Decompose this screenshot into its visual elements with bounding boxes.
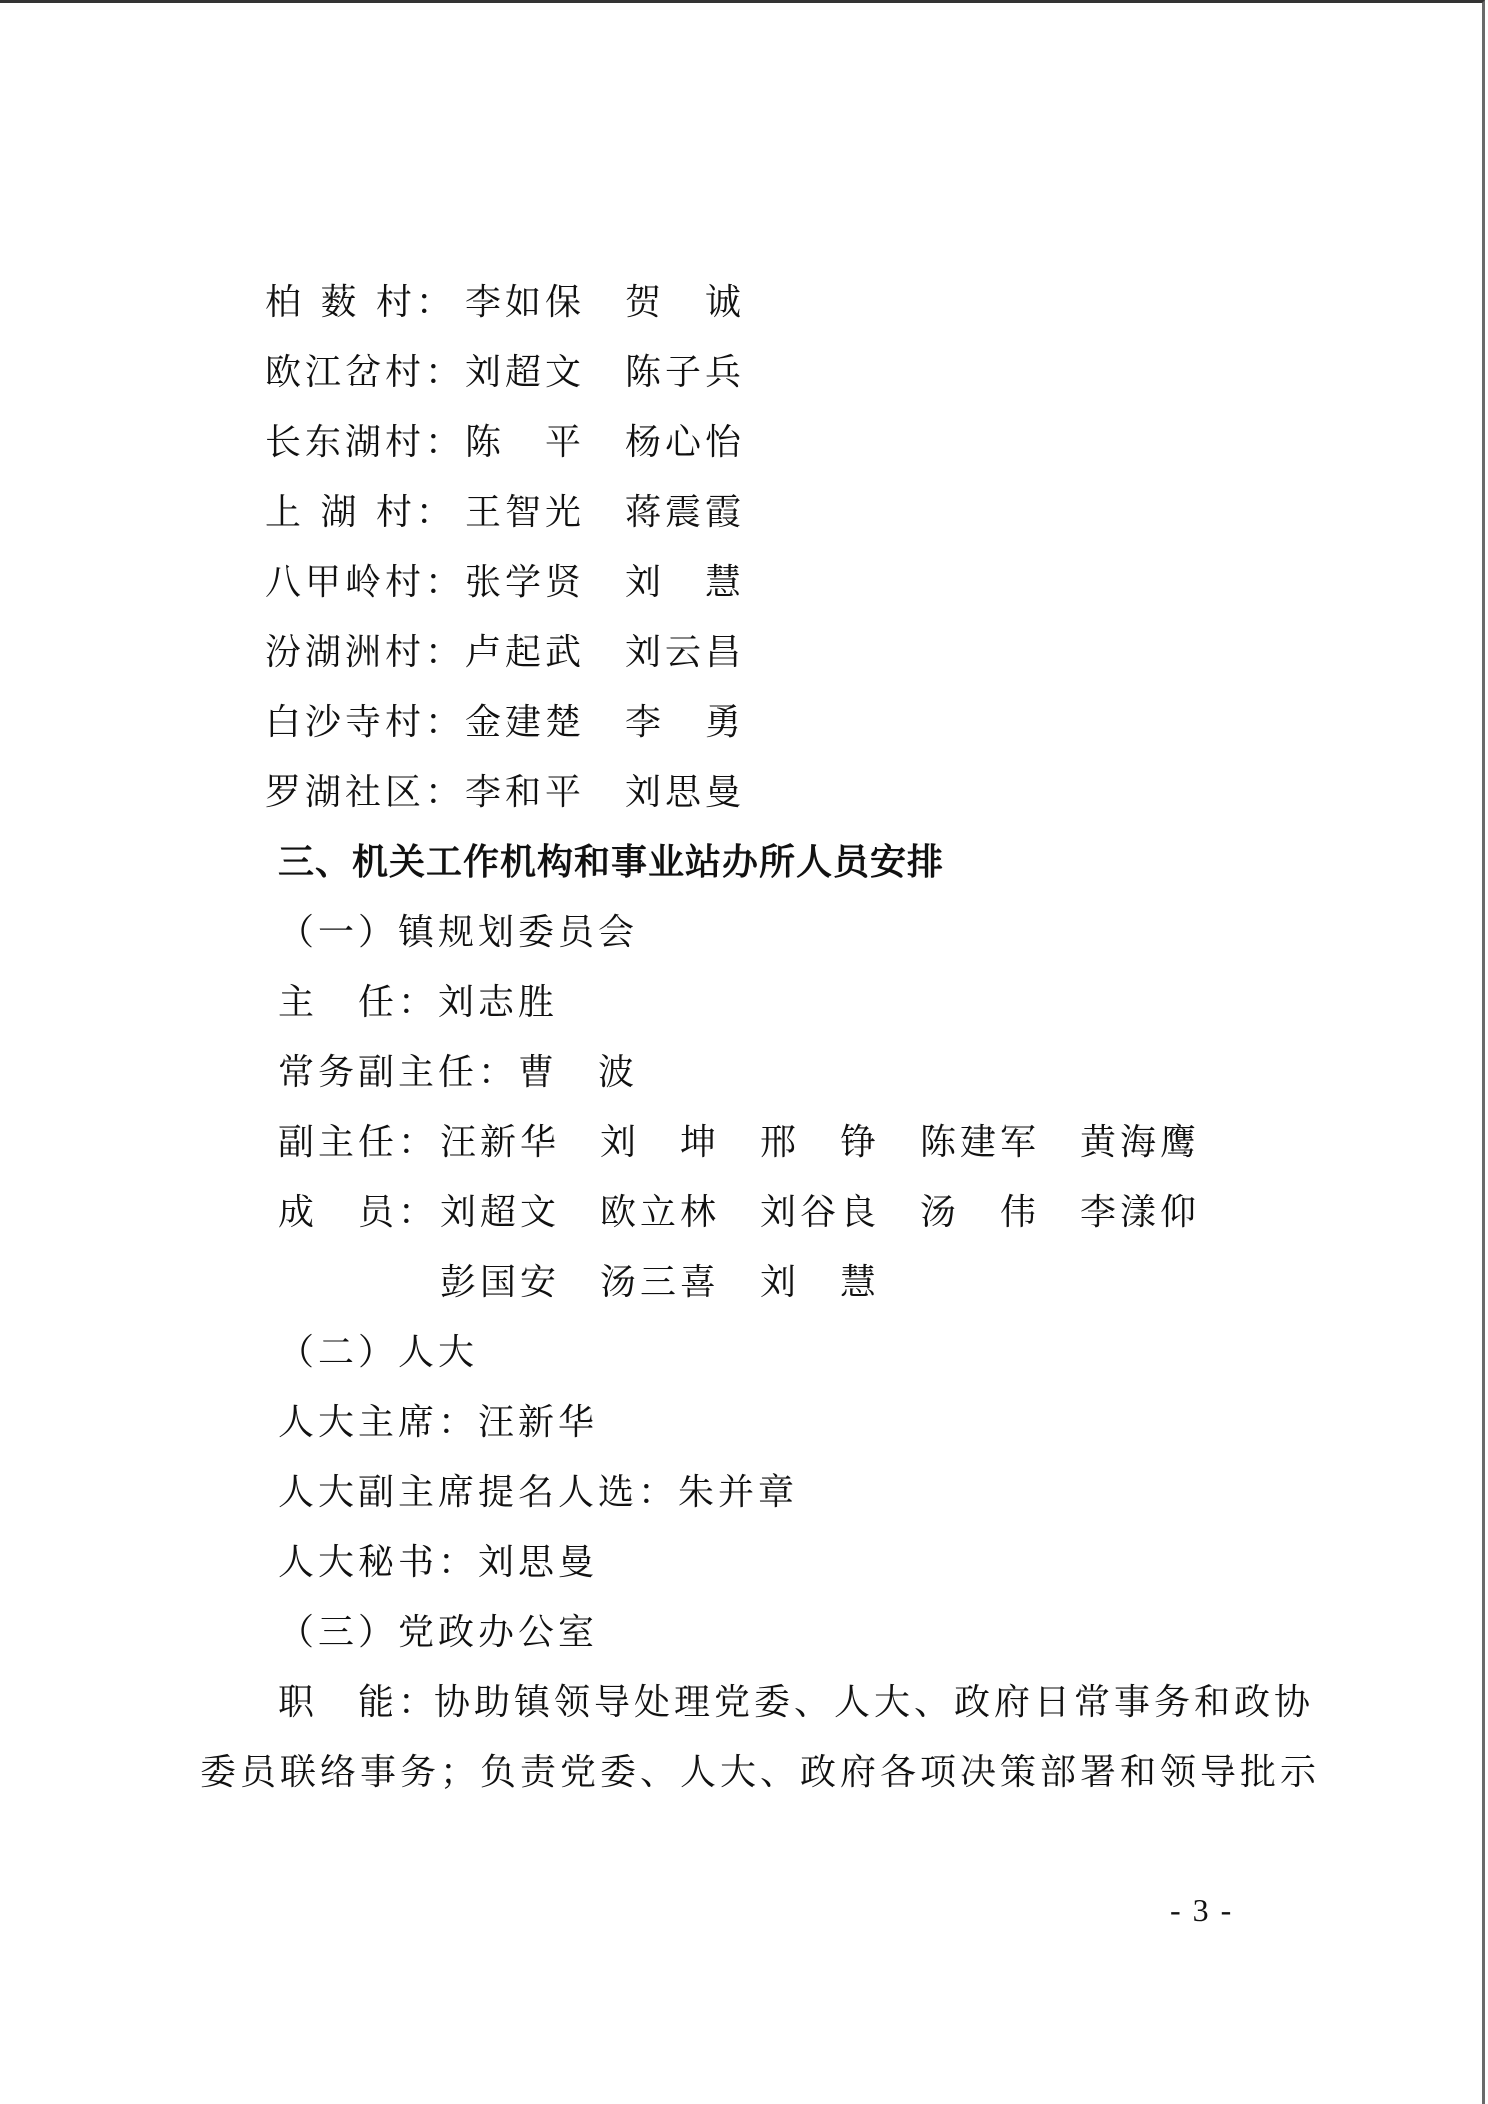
village-person: 金建楚 bbox=[465, 700, 585, 746]
member-name: 汤三喜 bbox=[600, 1260, 720, 1306]
village-person: 李 勇 bbox=[625, 700, 745, 746]
village-name: 白沙寺村： bbox=[265, 700, 465, 746]
npc-vice-chair-label: 人大副主席提名人选： bbox=[278, 1470, 678, 1516]
subsection-title-office: （三）党政办公室 bbox=[278, 1610, 598, 1656]
subsection-title-planning: （一）镇规划委员会 bbox=[278, 910, 638, 956]
village-person: 李和平 bbox=[465, 770, 585, 816]
village-row: 柏 薮 村： 李如保 贺 诚 bbox=[265, 280, 327, 326]
npc-secretary-row: 人大秘书： 刘思曼 bbox=[278, 1540, 309, 1586]
member-name: 李漾仰 bbox=[1080, 1190, 1200, 1236]
members-row-1: 成 员： 刘超文 欧立林 刘谷良 汤 伟 李漾仰 bbox=[278, 1190, 309, 1236]
director-label: 主 任： bbox=[278, 980, 438, 1026]
npc-chair-row: 人大主席： 汪新华 bbox=[278, 1400, 309, 1446]
village-row: 上 湖 村： 王智光 蒋震霞 bbox=[265, 490, 327, 536]
village-person: 李如保 bbox=[465, 280, 585, 326]
deputies-row: 副主任： 汪新华 刘 坤 邢 铮 陈建军 黄海鹰 bbox=[278, 1120, 309, 1166]
village-person: 刘超文 bbox=[465, 350, 585, 396]
deputy-name: 汪新华 bbox=[440, 1120, 560, 1166]
page-number: - 3 - bbox=[1170, 1892, 1233, 1929]
village-person: 刘 慧 bbox=[625, 560, 745, 606]
village-person: 卢起武 bbox=[465, 630, 585, 676]
npc-chair-name: 汪新华 bbox=[478, 1400, 598, 1446]
village-row: 汾湖洲村： 卢起武 刘云昌 bbox=[265, 630, 327, 676]
exec-deputy-row: 常务副主任： 曹 波 bbox=[278, 1050, 309, 1096]
village-name: 柏 薮 村： bbox=[265, 280, 456, 326]
director-row: 主 任： 刘志胜 bbox=[278, 980, 309, 1026]
npc-vice-chair-row: 人大副主席提名人选： 朱并章 bbox=[278, 1470, 309, 1516]
village-row: 白沙寺村： 金建楚 李 勇 bbox=[265, 700, 327, 746]
member-name: 刘 慧 bbox=[760, 1260, 880, 1306]
village-person: 张学贤 bbox=[465, 560, 585, 606]
member-name: 刘超文 bbox=[440, 1190, 560, 1236]
npc-chair-label: 人大主席： bbox=[278, 1400, 478, 1446]
deputy-name: 邢 铮 bbox=[760, 1120, 880, 1166]
npc-secretary-name: 刘思曼 bbox=[478, 1540, 598, 1586]
member-name: 汤 伟 bbox=[920, 1190, 1040, 1236]
function-label: 职 能： bbox=[278, 1680, 438, 1726]
function-text: 协助镇领导处理党委、人大、政府日常事务和政协 bbox=[434, 1680, 1314, 1726]
village-person: 陈子兵 bbox=[625, 350, 745, 396]
members-label: 成 员： bbox=[278, 1190, 438, 1236]
village-row: 长东湖村： 陈 平 杨心怡 bbox=[265, 420, 327, 466]
office-function-line-2: 委员联络事务；负责党委、人大、政府各项决策部署和领导批示 bbox=[200, 1750, 1320, 1796]
village-person: 王智光 bbox=[465, 490, 585, 536]
office-function-line-1: 职 能： 协助镇领导处理党委、人大、政府日常事务和政协 bbox=[278, 1680, 309, 1726]
section-heading: 三、机关工作机构和事业站办所人员安排 bbox=[278, 840, 944, 886]
village-person: 杨心怡 bbox=[625, 420, 745, 466]
village-person: 贺 诚 bbox=[625, 280, 745, 326]
deputies-label: 副主任： bbox=[278, 1120, 438, 1166]
director-name: 刘志胜 bbox=[438, 980, 558, 1026]
village-row: 罗湖社区： 李和平 刘思曼 bbox=[265, 770, 327, 816]
npc-secretary-label: 人大秘书： bbox=[278, 1540, 478, 1586]
member-name: 刘谷良 bbox=[760, 1190, 880, 1236]
deputy-name: 刘 坤 bbox=[600, 1120, 720, 1166]
village-name: 汾湖洲村： bbox=[265, 630, 465, 676]
member-name: 彭国安 bbox=[440, 1260, 560, 1306]
village-name: 罗湖社区： bbox=[265, 770, 465, 816]
members-row-2: 彭国安 汤三喜 刘 慧 bbox=[278, 1260, 309, 1306]
exec-deputy-name: 曹 波 bbox=[518, 1050, 638, 1096]
village-person: 陈 平 bbox=[465, 420, 585, 466]
exec-deputy-label: 常务副主任： bbox=[278, 1050, 518, 1096]
village-name: 长东湖村： bbox=[265, 420, 465, 466]
village-row: 欧江岔村： 刘超文 陈子兵 bbox=[265, 350, 327, 396]
subsection-title-npc: （二）人大 bbox=[278, 1330, 478, 1376]
village-name: 八甲岭村： bbox=[265, 560, 465, 606]
deputy-name: 黄海鹰 bbox=[1080, 1120, 1200, 1166]
npc-vice-chair-name: 朱并章 bbox=[678, 1470, 798, 1516]
deputy-name: 陈建军 bbox=[920, 1120, 1040, 1166]
village-person: 刘云昌 bbox=[625, 630, 745, 676]
village-person: 蒋震霞 bbox=[625, 490, 745, 536]
village-name: 欧江岔村： bbox=[265, 350, 465, 396]
village-person: 刘思曼 bbox=[625, 770, 745, 816]
village-row: 八甲岭村： 张学贤 刘 慧 bbox=[265, 560, 327, 606]
village-name: 上 湖 村： bbox=[265, 490, 456, 536]
member-name: 欧立林 bbox=[600, 1190, 720, 1236]
